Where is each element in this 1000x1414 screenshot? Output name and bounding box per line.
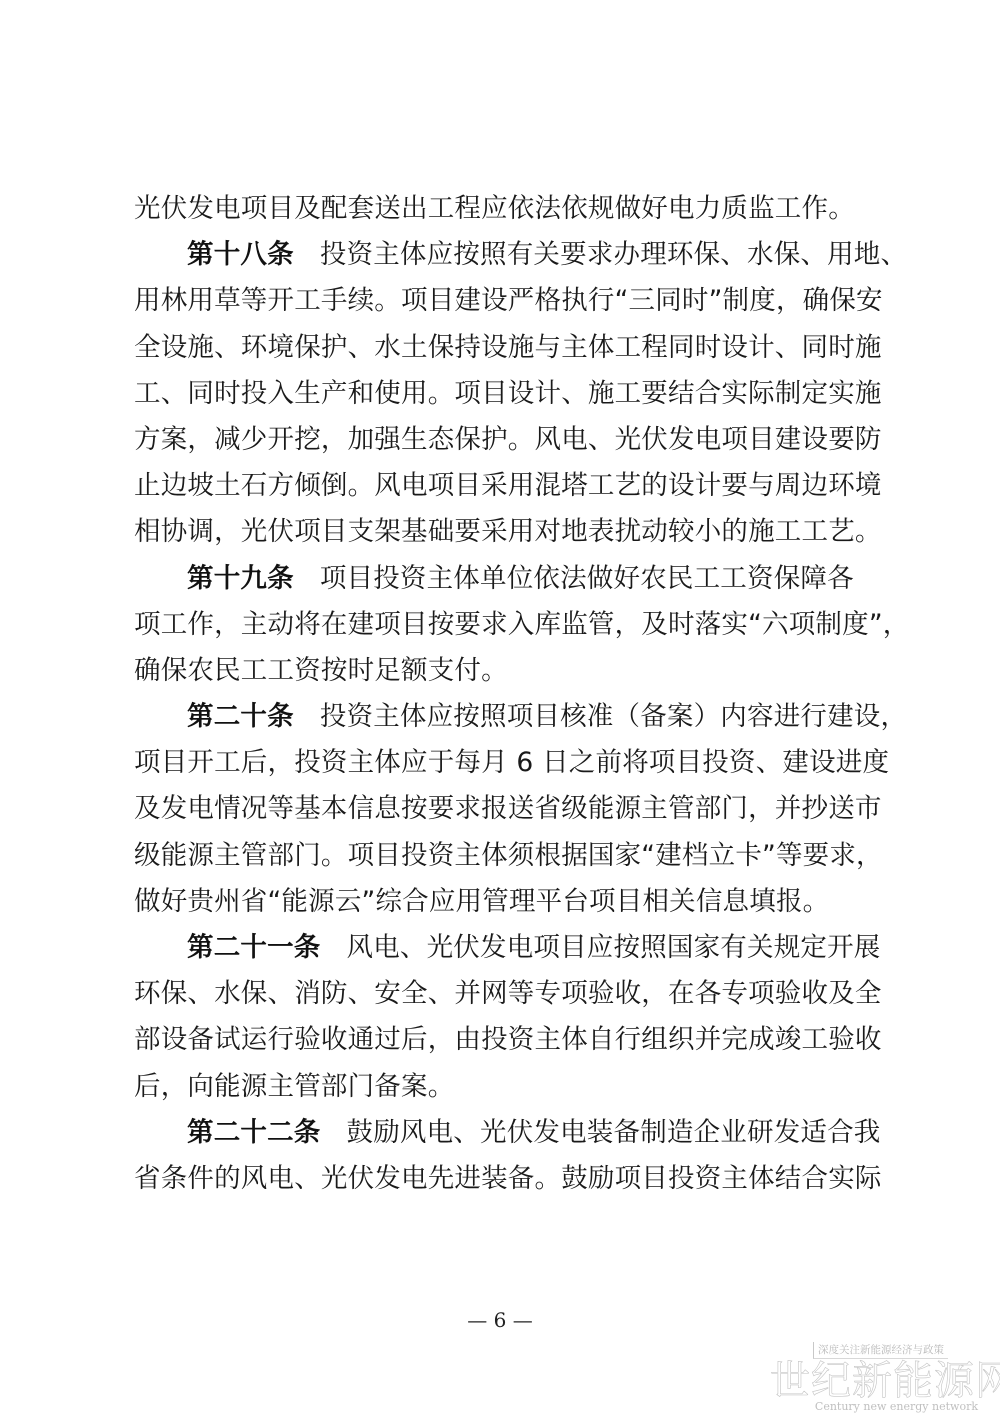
line-text: 止边坡土石方倾倒。风电项目采用混塔工艺的设计要与周边环境 [134, 470, 882, 501]
line-text: 相协调，光伏项目支架基础要采用对地表扰动较小的施工工艺。 [134, 516, 882, 547]
text-line: 项工作，主动将在建项目按要求入库监管，及时落实“六项制度”， [134, 602, 882, 648]
line-text: 方案，减少开挖，加强生态保护。风电、光伏发电项目建设要防 [134, 424, 882, 455]
text-line: 及发电情况等基本信息按要求报送省级能源主管部门，并抄送市 [134, 786, 882, 832]
line-text: 鼓励风电、光伏发电装备制造企业研发适合我 [347, 1117, 881, 1148]
article-heading: 第二十二条 [187, 1117, 321, 1148]
text-line: 后，向能源主管部门备案。 [134, 1064, 882, 1110]
text-line: 做好贵州省“能源云”综合应用管理平台项目相关信息填报。 [134, 879, 882, 925]
article-22-line: 第二十二条鼓励风电、光伏发电装备制造企业研发适合我 [134, 1110, 882, 1156]
line-text: 省条件的风电、光伏发电先进装备。鼓励项目投资主体结合实际 [134, 1163, 882, 1194]
text-line: 用林用草等开工手续。项目建设严格执行“三同时”制度，确保安 [134, 278, 882, 324]
text-line: 省条件的风电、光伏发电先进装备。鼓励项目投资主体结合实际 [134, 1156, 882, 1202]
line-text: 环保、水保、消防、安全、并网等专项验收，在各专项验收及全 [134, 978, 882, 1009]
line-text: 用林用草等开工手续。项目建设严格执行“三同时”制度，确保安 [134, 285, 883, 316]
line-text: 风电、光伏发电项目应按照国家有关规定开展 [347, 932, 881, 963]
text-line: 环保、水保、消防、安全、并网等专项验收，在各专项验收及全 [134, 971, 882, 1017]
article-18-line: 第十八条投资主体应按照有关要求办理环保、水保、用地、 [134, 232, 882, 278]
article-heading: 第十八条 [187, 239, 294, 270]
line-text: 级能源主管部门。项目投资主体须根据国家“建档立卡”等要求， [134, 840, 883, 871]
text-line: 工、同时投入生产和使用。项目设计、施工要结合实际制定实施 [134, 371, 882, 417]
line-text: 确保农民工工资按时足额支付。 [134, 655, 508, 686]
watermark-brand: 世纪新能源网 [770, 1359, 998, 1403]
text-line: 止边坡土石方倾倒。风电项目采用混塔工艺的设计要与周边环境 [134, 463, 882, 509]
text-line: 全设施、环境保护、水土保持设施与主体工程同时设计、同时施 [134, 325, 882, 371]
line-text: 项目开工后，投资主体应于每月 6 日之前将项目投资、建设进度 [134, 747, 889, 778]
line-text: 光伏发电项目及配套送出工程应依法依规做好电力质监工作。 [134, 193, 855, 224]
article-20-line: 第二十条投资主体应按照项目核准（备案）内容进行建设， [134, 694, 882, 740]
watermark: 深度关注新能源经济与政策 世纪新能源网 Century new energy n… [770, 1338, 998, 1413]
watermark-tagline: 深度关注新能源经济与政策 [813, 1342, 948, 1359]
line-text: 后，向能源主管部门备案。 [134, 1071, 454, 1102]
text-line: 项目开工后，投资主体应于每月 6 日之前将项目投资、建设进度 [134, 740, 882, 786]
line-text: 全设施、环境保护、水土保持设施与主体工程同时设计、同时施 [134, 332, 882, 363]
article-heading: 第二十一条 [187, 932, 321, 963]
line-text: 工、同时投入生产和使用。项目设计、施工要结合实际制定实施 [134, 378, 882, 409]
text-line: 相协调，光伏项目支架基础要采用对地表扰动较小的施工工艺。 [134, 509, 882, 555]
text-line: 级能源主管部门。项目投资主体须根据国家“建档立卡”等要求， [134, 833, 882, 879]
line-text: 投资主体应按照有关要求办理环保、水保、用地、 [320, 239, 907, 270]
line-text: 投资主体应按照项目核准（备案）内容进行建设， [320, 701, 907, 732]
document-body: 光伏发电项目及配套送出工程应依法依规做好电力质监工作。 第十八条投资主体应按照有… [134, 186, 882, 1202]
line-text: 项目投资主体单位依法做好农民工工资保障各 [320, 563, 854, 594]
article-21-line: 第二十一条风电、光伏发电项目应按照国家有关规定开展 [134, 925, 882, 971]
article-19-line: 第十九条项目投资主体单位依法做好农民工工资保障各 [134, 556, 882, 602]
line-text: 及发电情况等基本信息按要求报送省级能源主管部门，并抄送市 [134, 793, 882, 824]
line-text: 做好贵州省“能源云”综合应用管理平台项目相关信息填报。 [134, 886, 829, 917]
text-line: 方案，减少开挖，加强生态保护。风电、光伏发电项目建设要防 [134, 417, 882, 463]
line-text: 项工作，主动将在建项目按要求入库监管，及时落实“六项制度”， [134, 609, 909, 640]
text-line: 光伏发电项目及配套送出工程应依法依规做好电力质监工作。 [134, 186, 882, 232]
article-heading: 第二十条 [187, 701, 294, 732]
page-number: — 6 — [0, 1308, 1000, 1332]
text-line: 部设备试运行验收通过后，由投资主体自行组织并完成竣工验收 [134, 1017, 882, 1063]
article-heading: 第十九条 [187, 563, 294, 594]
text-line: 确保农民工工资按时足额支付。 [134, 648, 882, 694]
line-text: 部设备试运行验收通过后，由投资主体自行组织并完成竣工验收 [134, 1024, 882, 1055]
